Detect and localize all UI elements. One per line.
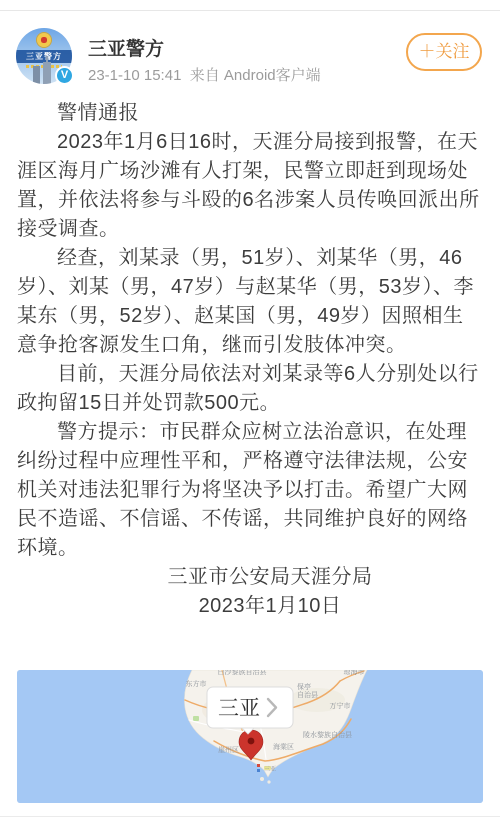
map-label: 东方市	[186, 679, 207, 688]
post-paragraph: 目前，天涯分局依法对刘某录等6人分别处以行政拘留15日并处罚款500元。	[17, 360, 483, 418]
post-paragraph: 2023年1月6日16时，天涯分局接到报警，在天涯区海月广场沙滩有人打架，民警立…	[17, 128, 483, 244]
client-source: 来自 Android客户端	[190, 67, 321, 84]
building-antenna-icon	[46, 56, 48, 62]
map-label: 琼海市	[344, 670, 365, 676]
location-map-card[interactable]: 白沙黎族自治县 东方市 琼海市 万宁市 保亭 自治县 陵水黎族自治县 海棠区 崖…	[17, 670, 483, 803]
map-label: 海棠区	[273, 742, 294, 751]
building-icon	[43, 62, 51, 84]
poi-marker-icon	[257, 769, 260, 772]
timestamp: 23-1-10 15:41	[88, 67, 181, 84]
bottom-divider	[0, 816, 500, 817]
signature-date: 2023年1月10日	[17, 592, 483, 621]
top-divider	[0, 10, 500, 11]
building-icon	[33, 66, 40, 84]
map-label: 万宁市	[330, 701, 351, 710]
post-title: 警情通报	[17, 99, 483, 128]
post-content: 警情通报 2023年1月6日16时，天涯分局接到报警，在天涯区海月广场沙滩有人打…	[17, 99, 483, 621]
police-emblem-icon	[37, 33, 51, 47]
follow-button[interactable]: ＋关注	[406, 33, 482, 71]
username[interactable]: 三亚警方	[88, 34, 164, 61]
post-paragraph: 警方提示：市民群众应树立法治意识，在处理纠纷过程中应理性平和，严格遵守法律法规，…	[17, 418, 483, 563]
post-meta: 23-1-10 15:41 来自 Android客户端	[88, 64, 321, 85]
verified-badge-icon: V	[55, 66, 74, 85]
map-callout[interactable]: 三亚	[207, 687, 293, 734]
weibo-post-card: 三亚警方 V 三亚警方 23-1-10 15:41 来自 Android客户端 …	[0, 0, 500, 820]
poi-marker-icon	[257, 764, 260, 767]
map-park-patch	[193, 716, 199, 721]
callout-city-label: 三亚	[218, 697, 260, 720]
map-label: 白沙黎族自治县	[218, 670, 267, 676]
map-label: 三亚	[264, 766, 276, 773]
map-label: 陵水黎族自治县	[303, 730, 352, 739]
map-label: 崖州区	[218, 745, 239, 754]
map-label: 保亭	[297, 682, 311, 691]
signature: 三亚市公安局天涯分局	[17, 563, 483, 592]
post-paragraph: 经查，刘某录（男，51岁）、刘某华（男，46岁）、刘某（男，47岁）与赵某华（男…	[17, 244, 483, 360]
map-label: 自治县	[297, 690, 318, 699]
